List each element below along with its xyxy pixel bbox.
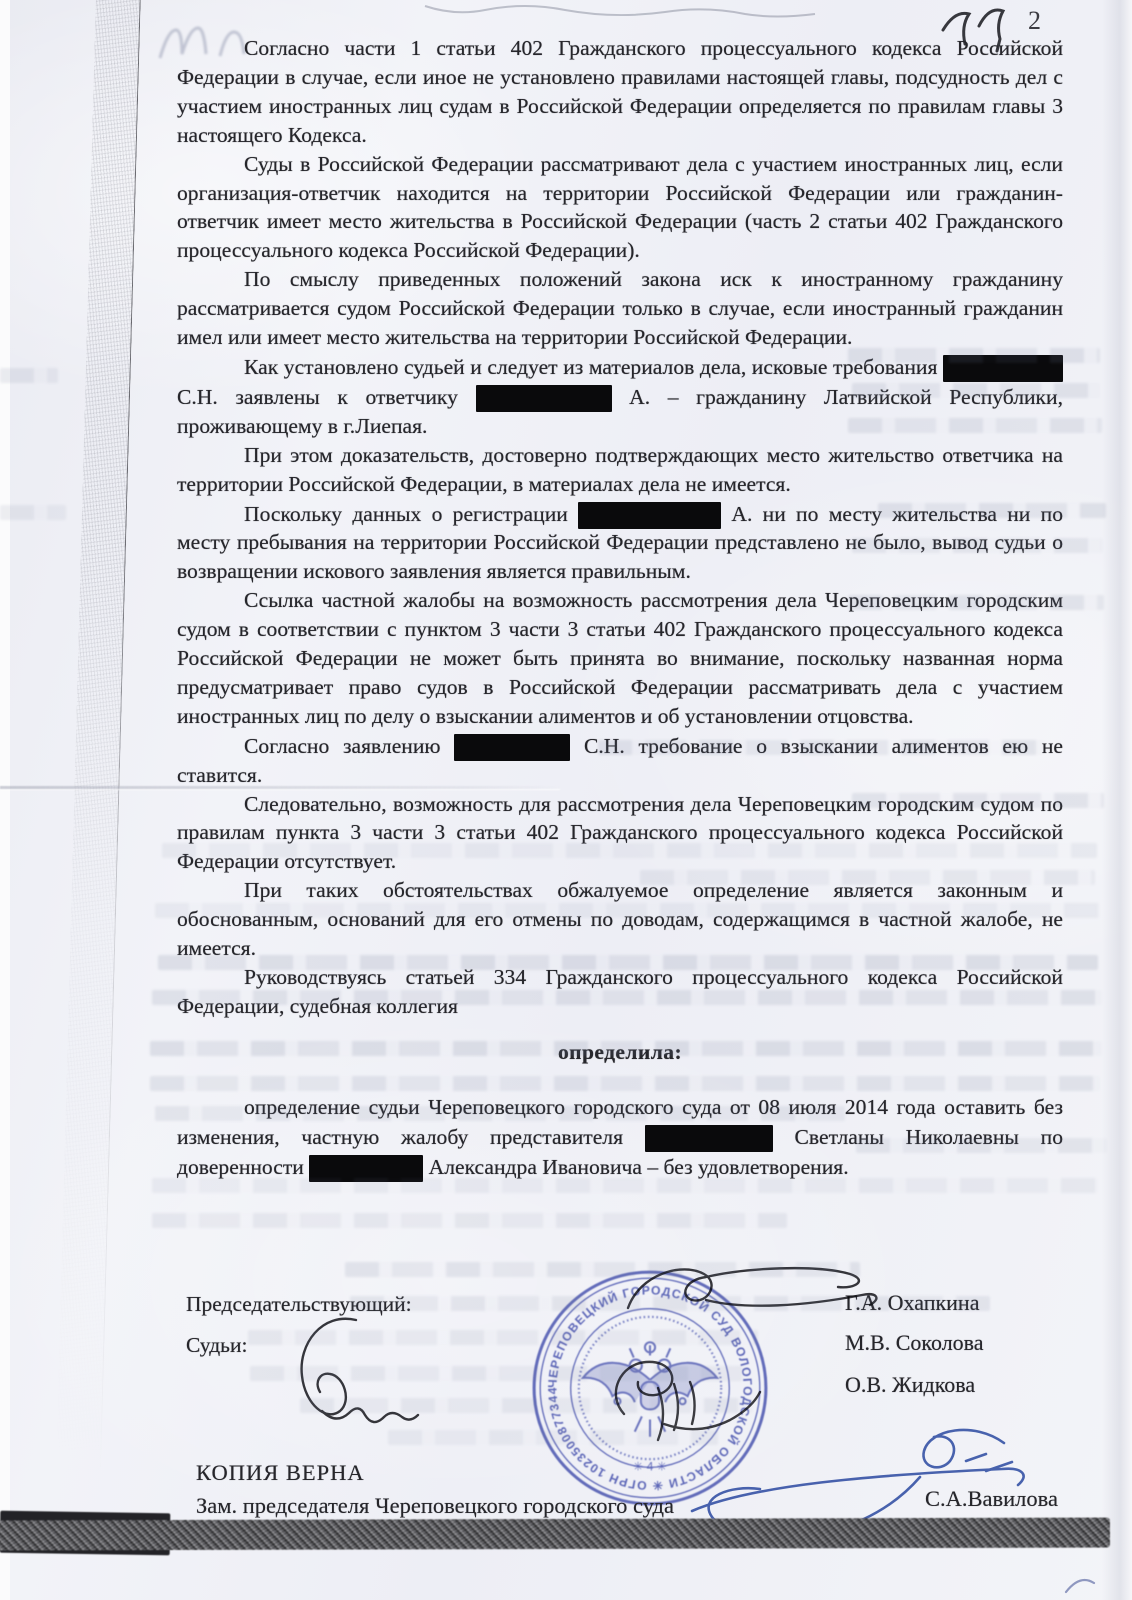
redaction-box bbox=[454, 734, 570, 761]
redaction-box bbox=[578, 502, 721, 529]
paragraph: Суды в Российской Федерации рассматриваю… bbox=[177, 150, 1063, 266]
bleedthrough-ghost bbox=[852, 538, 1102, 553]
paragraph: При таких обстоятельствах обжалуемое опр… bbox=[177, 876, 1063, 963]
bleedthrough-ghost bbox=[640, 870, 1095, 885]
bleedthrough-ghost bbox=[300, 1398, 752, 1413]
paragraph: Согласно части 1 статьи 402 Гражданского… bbox=[177, 34, 1063, 150]
pen-tick-icon bbox=[1058, 1560, 1108, 1600]
svg-text:✳ 4 ✳: ✳ 4 ✳ bbox=[633, 1459, 667, 1473]
scanned-document-page: 2 Согласно части 1 статьи 402 Гражданско… bbox=[0, 0, 1132, 1600]
paper-edge-right bbox=[1102, 0, 1132, 1600]
paragraph: По смыслу приведенных положений закона и… bbox=[177, 265, 1063, 352]
bleedthrough-ghost bbox=[158, 955, 1098, 970]
redaction-box bbox=[476, 385, 612, 412]
bleedthrough-ghost bbox=[250, 1366, 745, 1381]
bleedthrough-ghost bbox=[388, 1430, 718, 1445]
bleedthrough-ghost bbox=[848, 595, 1104, 610]
bleedthrough-ghost bbox=[248, 1330, 758, 1345]
bleedthrough-ghost bbox=[852, 793, 1104, 808]
bleedthrough-ghost bbox=[848, 418, 1102, 433]
crease-line-vertical bbox=[54, 0, 141, 1549]
bleedthrough-ghost bbox=[152, 1213, 787, 1228]
bleedthrough-ghost bbox=[852, 383, 1100, 398]
copy-true-label: КОПИЯ ВЕРНА bbox=[196, 1460, 365, 1486]
bleedthrough-ghost bbox=[152, 1178, 1098, 1193]
redaction-box bbox=[645, 1125, 773, 1152]
bleedthrough-ghost bbox=[0, 368, 58, 383]
judges-label: Судьи: bbox=[186, 1333, 247, 1358]
bleedthrough-ghost bbox=[345, 1262, 860, 1277]
bleedthrough-ghost bbox=[878, 503, 1106, 518]
judge-name-zhidkova: О.В. Жидкова bbox=[845, 1372, 975, 1398]
bleedthrough-ghost bbox=[848, 348, 1100, 363]
bleedthrough-ghost bbox=[155, 903, 1100, 918]
page-number: 2 bbox=[1028, 6, 1041, 36]
bleedthrough-ghost bbox=[162, 843, 1097, 858]
bleedthrough-ghost bbox=[155, 1106, 845, 1121]
paper-edge-left bbox=[0, 0, 10, 1600]
bleedthrough-ghost bbox=[598, 740, 1044, 755]
bleedthrough-ghost bbox=[856, 1138, 1106, 1153]
scan-artifact-bar bbox=[0, 1518, 1110, 1551]
bleedthrough-ghost bbox=[150, 1041, 1102, 1056]
bleedthrough-ghost bbox=[152, 990, 1102, 1005]
paragraph: При этом доказательств, достоверно подтв… bbox=[177, 441, 1063, 499]
certifier-name: С.А.Вавилова bbox=[925, 1486, 1058, 1512]
pen-scribble-top-icon bbox=[420, 0, 820, 20]
certifier-title: Зам. председателя Череповецкого городско… bbox=[196, 1493, 674, 1519]
bleedthrough-ghost bbox=[0, 505, 66, 520]
bleedthrough-ghost bbox=[150, 1076, 1100, 1091]
bleedthrough-ghost bbox=[350, 1296, 990, 1311]
